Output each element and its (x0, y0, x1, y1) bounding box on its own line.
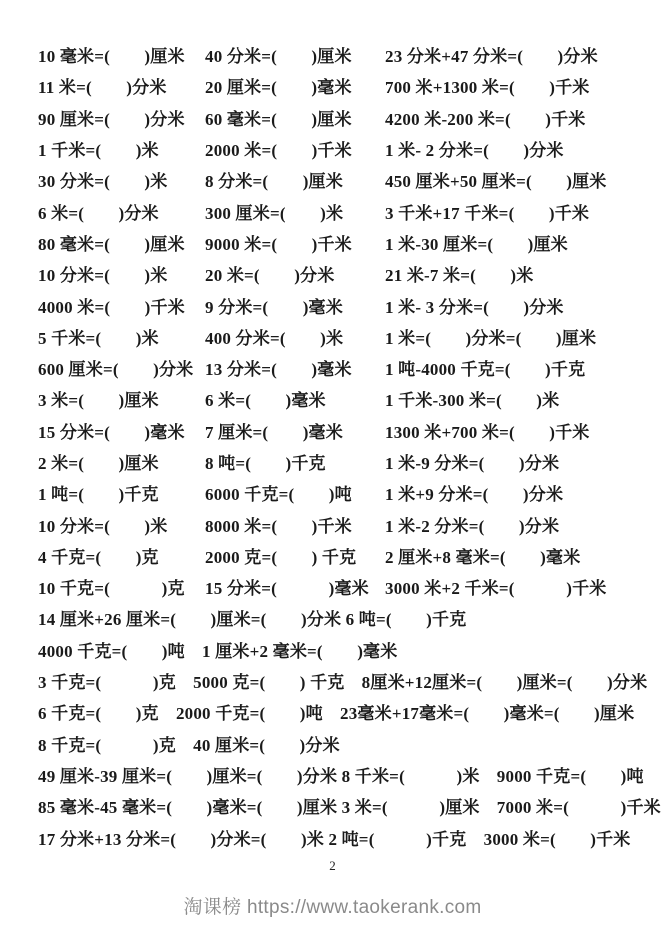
problem: 10 毫米=( )厘米 (38, 42, 205, 67)
problem-row: 3 千克=( )克 5000 克=( ) 千克 8厘米+12厘米=( )厘米=(… (38, 665, 647, 696)
problem: 600 厘米=( )分米 (38, 355, 205, 380)
problem: 2 厘米+8 毫米=( )毫米 (385, 543, 647, 568)
problem-row: 17 分米+13 分米=( )分米=( )米 2 吨=( )千克 3000 米=… (38, 821, 647, 852)
problem: 3000 米+2 千米=( )千米 (385, 574, 647, 599)
problem: 1 米=( )分米=( )厘米 (385, 324, 647, 349)
problem-row: 1 吨=( )千克6000 千克=( )吨1 米+9 分米=( )分米 (38, 477, 647, 508)
problem: 1300 米+700 米=( )千米 (385, 418, 647, 443)
problem-row: 85 毫米-45 毫米=( )毫米=( )厘米 3 米=( )厘米 7000 米… (38, 790, 647, 821)
problem: 3 米=( )厘米 (38, 386, 205, 411)
problem: 49 厘米-39 厘米=( )厘米=( )分米 8 千米=( )米 9000 千… (38, 762, 647, 787)
problem-row: 5 千米=( )米400 分米=( )米1 米=( )分米=( )厘米 (38, 321, 647, 352)
problem-row: 90 厘米=( )分米60 毫米=( )厘米4200 米-200 米=( )千米 (38, 102, 647, 133)
problem: 2 米=( )厘米 (38, 449, 205, 474)
problem: 30 分米=( )米 (38, 167, 205, 192)
problem-row: 10 千克=( )克15 分米=( )毫米3000 米+2 千米=( )千米 (38, 571, 647, 602)
problem: 4200 米-200 米=( )千米 (385, 105, 647, 130)
problem: 3 千克=( )克 5000 克=( ) 千克 8厘米+12厘米=( )厘米=(… (38, 668, 647, 693)
problem: 13 分米=( )毫米 (205, 355, 385, 380)
problem: 20 米=( )分米 (205, 261, 385, 286)
problem: 21 米-7 米=( )米 (385, 261, 647, 286)
problem: 1 米-2 分米=( )分米 (385, 512, 647, 537)
problem-row: 10 毫米=( )厘米40 分米=( )厘米23 分米+47 分米=( )分米 (38, 39, 647, 70)
problem-row: 10 分米=( )米8000 米=( )千米1 米-2 分米=( )分米 (38, 508, 647, 539)
problem: 1 吨-4000 千克=( )千克 (385, 355, 647, 380)
problem-row: 4 千克=( )克2000 克=( ) 千克2 厘米+8 毫米=( )毫米 (38, 540, 647, 571)
problem: 400 分米=( )米 (205, 324, 385, 349)
problem-row: 14 厘米+26 厘米=( )厘米=( )分米 6 吨=( )千克 (38, 602, 647, 633)
problem: 9000 米=( )千米 (205, 230, 385, 255)
problem: 1 千米=( )米 (38, 136, 205, 161)
watermark-footer: 淘课榜 https://www.taokerank.com (0, 892, 665, 919)
problem: 700 米+1300 米=( )千米 (385, 73, 647, 98)
problem-row: 11 米=( )分米20 厘米=( )毫米700 米+1300 米=( )千米 (38, 70, 647, 101)
problem: 6 米=( )毫米 (205, 386, 385, 411)
worksheet-page: 10 毫米=( )厘米40 分米=( )厘米23 分米+47 分米=( )分米1… (0, 0, 665, 945)
problem: 1 米+9 分米=( )分米 (385, 480, 647, 505)
problem: 8 千克=( )克 40 厘米=( )分米 (38, 731, 647, 756)
problem-row: 3 米=( )厘米6 米=( )毫米1 千米-300 米=( )米 (38, 383, 647, 414)
problem-row: 30 分米=( )米8 分米=( )厘米450 厘米+50 厘米=( )厘米 (38, 164, 647, 195)
problem: 10 千克=( )克 (38, 574, 205, 599)
problem: 15 分米=( )毫米 (205, 574, 385, 599)
problem-row: 49 厘米-39 厘米=( )厘米=( )分米 8 千米=( )米 9000 千… (38, 759, 647, 790)
problem-row: 600 厘米=( )分米13 分米=( )毫米1 吨-4000 千克=( )千克 (38, 352, 647, 383)
problem-row: 2 米=( )厘米8 吨=( )千克1 米-9 分米=( )分米 (38, 446, 647, 477)
problem: 15 分米=( )毫米 (38, 418, 205, 443)
problem: 4000 米=( )千米 (38, 293, 205, 318)
problem: 2000 克=( ) 千克 (205, 543, 385, 568)
problem: 300 厘米=( )米 (205, 199, 385, 224)
problem: 20 厘米=( )毫米 (205, 73, 385, 98)
problem: 6 米=( )分米 (38, 199, 205, 224)
problem-row: 80 毫米=( )厘米9000 米=( )千米1 米-30 厘米=( )厘米 (38, 227, 647, 258)
problem: 8000 米=( )千米 (205, 512, 385, 537)
problem: 1 米-30 厘米=( )厘米 (385, 230, 647, 255)
problem: 1 米-9 分米=( )分米 (385, 449, 647, 474)
problem: 60 毫米=( )厘米 (205, 105, 385, 130)
problem: 14 厘米+26 厘米=( )厘米=( )分米 6 吨=( )千克 (38, 605, 647, 630)
problem: 4000 千克=( )吨 1 厘米+2 毫米=( )毫米 (38, 637, 647, 662)
problem-row: 6 米=( )分米300 厘米=( )米3 千米+17 千米=( )千米 (38, 195, 647, 226)
problem: 40 分米=( )厘米 (205, 42, 385, 67)
problem: 1 米- 3 分米=( )分米 (385, 293, 647, 318)
problem: 6 千克=( )克 2000 千克=( )吨 23毫米+17毫米=( )毫米=(… (38, 699, 647, 724)
problem-row: 8 千克=( )克 40 厘米=( )分米 (38, 728, 647, 759)
problem: 17 分米+13 分米=( )分米=( )米 2 吨=( )千克 3000 米=… (38, 825, 647, 850)
problem: 4 千克=( )克 (38, 543, 205, 568)
problem: 9 分米=( )毫米 (205, 293, 385, 318)
problem-row: 6 千克=( )克 2000 千克=( )吨 23毫米+17毫米=( )毫米=(… (38, 696, 647, 727)
problems-list: 10 毫米=( )厘米40 分米=( )厘米23 分米+47 分米=( )分米1… (38, 39, 647, 853)
problem: 1 米- 2 分米=( )分米 (385, 136, 647, 161)
problem: 11 米=( )分米 (38, 73, 205, 98)
problem: 5 千米=( )米 (38, 324, 205, 349)
problem-row: 4000 米=( )千米9 分米=( )毫米1 米- 3 分米=( )分米 (38, 289, 647, 320)
problem: 10 分米=( )米 (38, 261, 205, 286)
problem: 85 毫米-45 毫米=( )毫米=( )厘米 3 米=( )厘米 7000 米… (38, 793, 661, 818)
problem: 8 吨=( )千克 (205, 449, 385, 474)
problem: 1 千米-300 米=( )米 (385, 386, 647, 411)
problem-row: 15 分米=( )毫米7 厘米=( )毫米1300 米+700 米=( )千米 (38, 415, 647, 446)
problem: 23 分米+47 分米=( )分米 (385, 42, 647, 67)
problem: 1 吨=( )千克 (38, 480, 205, 505)
page-number: 2 (0, 858, 665, 874)
problem: 3 千米+17 千米=( )千米 (385, 199, 647, 224)
problem: 7 厘米=( )毫米 (205, 418, 385, 443)
problem-row: 4000 千克=( )吨 1 厘米+2 毫米=( )毫米 (38, 634, 647, 665)
problem: 450 厘米+50 厘米=( )厘米 (385, 167, 647, 192)
problem-row: 10 分米=( )米20 米=( )分米21 米-7 米=( )米 (38, 258, 647, 289)
problem: 8 分米=( )厘米 (205, 167, 385, 192)
problem-row: 1 千米=( )米2000 米=( )千米1 米- 2 分米=( )分米 (38, 133, 647, 164)
problem: 80 毫米=( )厘米 (38, 230, 205, 255)
problem: 90 厘米=( )分米 (38, 105, 205, 130)
problem: 2000 米=( )千米 (205, 136, 385, 161)
problem: 10 分米=( )米 (38, 512, 205, 537)
problem: 6000 千克=( )吨 (205, 480, 385, 505)
